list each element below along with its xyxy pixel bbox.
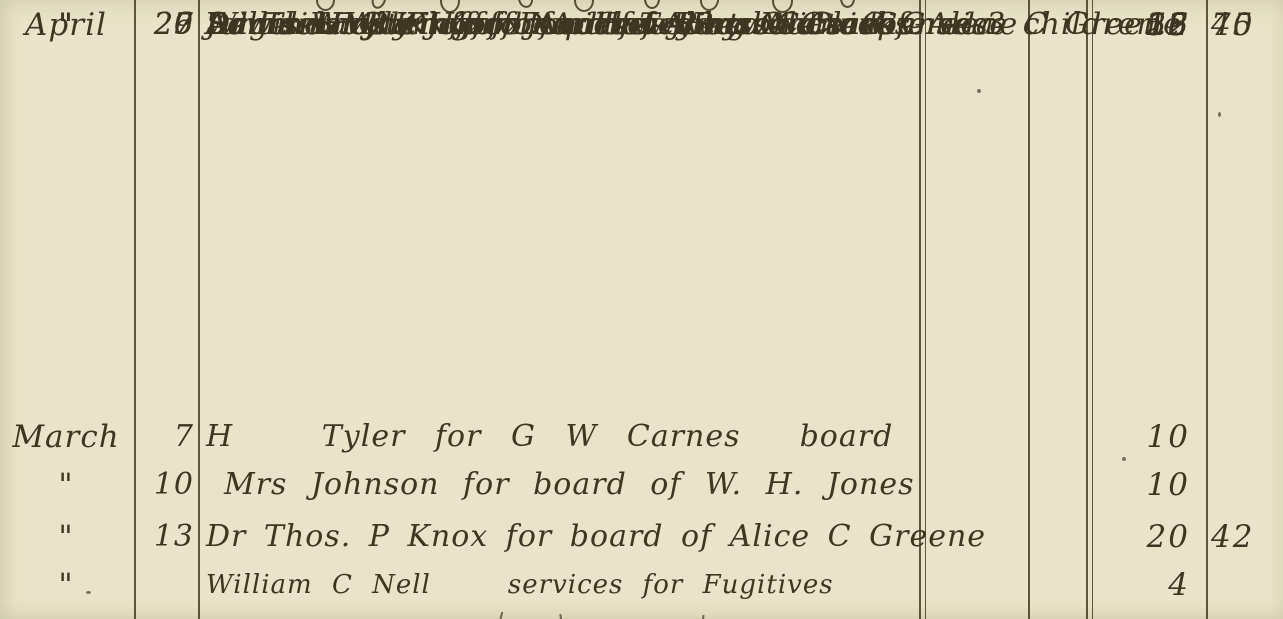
day-cell: 10 [136,460,194,510]
ledger-row: " Dr Thos. P Knox for professional servi… [0,0,1283,50]
description-cell: Dr Thos. P Knox for professional service… [206,0,1182,50]
description-cell: William C Nell services for Fugitives [206,560,834,610]
cutoff-stroke-fragment [559,614,563,619]
description-cell: Mrs Johnson for board of W. H. Jones [206,460,914,510]
day-cell: 13 [136,512,194,562]
amount-dollars-cell: 4 [1094,560,1200,610]
ledger-row: " William C Nell services for Fugitives … [0,560,1283,610]
ink-speck [1122,457,1126,461]
amount-cents-cell: 42 [1211,512,1283,562]
ledger-row: " 10 Mrs Johnson for board of W. H. Jone… [0,460,1283,510]
ink-speck [86,591,91,594]
ledger-row: " 13 Dr Thos. P Knox for board of Alice … [0,512,1283,562]
month-cell: " [0,0,132,50]
amount-cents-cell [1211,560,1283,610]
amount-cents-cell [1211,460,1283,510]
day-cell: 7 [136,412,194,462]
amount-dollars-cell: 20 [1094,512,1200,562]
amount-cents-cell [1211,412,1283,462]
ledger-page: March 7 H Tyler for G W Carnes board 10 … [0,0,1283,619]
month-cell: March [0,412,132,462]
ledger-row: March 7 H Tyler for G W Carnes board 10 [0,412,1283,462]
amount-dollars-cell: 10 [1094,412,1200,462]
month-cell: " [0,512,132,562]
description-cell: Dr Thos. P Knox for board of Alice C Gre… [206,512,986,562]
month-cell: " [0,560,132,610]
cutoff-stroke-fragment [499,612,503,619]
amount-cents-cell [1211,0,1283,50]
description-cell: H Tyler for G W Carnes board [206,412,893,462]
day-cell [136,0,194,50]
amount-dollars-cell: 15 [1094,0,1200,50]
amount-dollars-cell: 10 [1094,460,1200,510]
ink-speck [977,89,981,93]
cutoff-stroke-fragment [701,615,704,619]
ink-speck [1218,112,1221,117]
month-cell: " [0,460,132,510]
day-cell [136,560,194,610]
